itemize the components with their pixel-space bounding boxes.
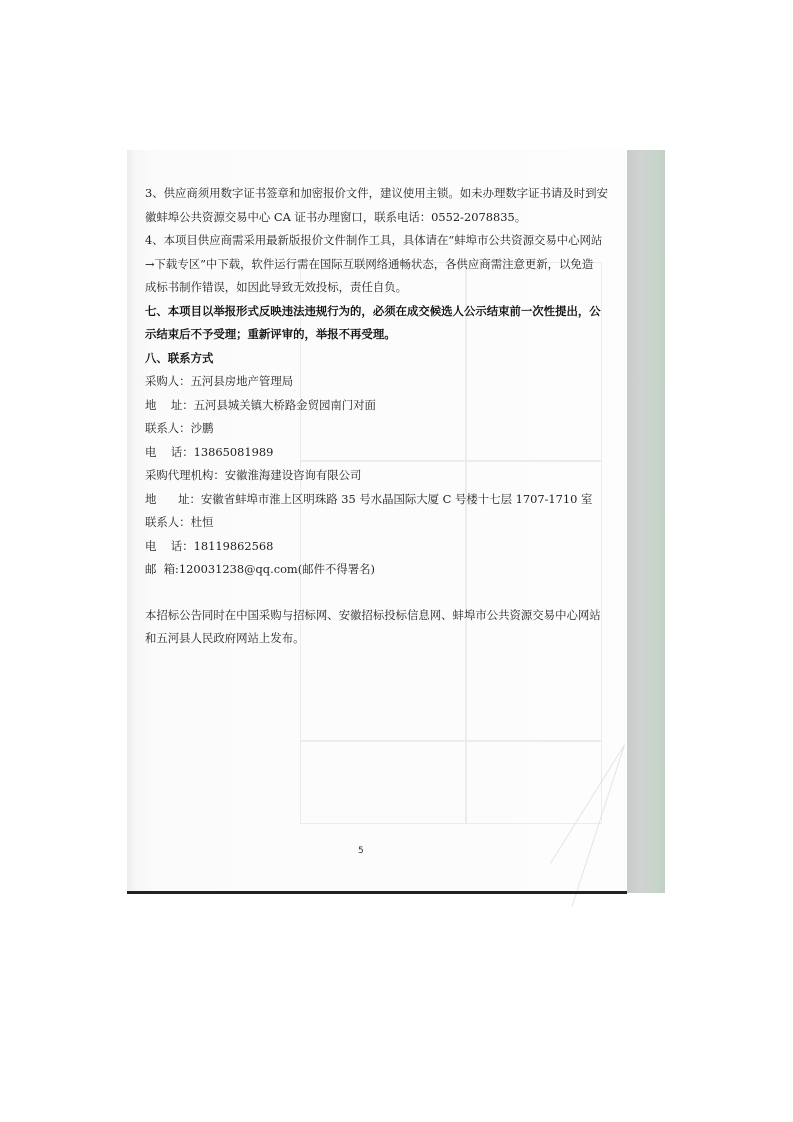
item4-line1: 4、本项目供应商需采用最新版报价文件制作工具，具体请在“蚌埠市公共资源交易中心网… — [145, 229, 605, 253]
agency-email-label: 邮 箱: — [145, 562, 179, 576]
agency-contact-row: 联系人：杜恒 — [145, 511, 605, 535]
page-number: 5 — [358, 846, 364, 856]
purchaser-name-label: 采购人： — [145, 374, 191, 388]
purchaser-name-row: 采购人：五河县房地产管理局 — [145, 370, 605, 394]
agency-name: 安徽淮海建设咨询有限公司 — [225, 468, 362, 482]
spacer — [145, 582, 605, 604]
section7-line1: 七、本项目以举报形式反映违法违规行为的，必须在成交候选人公示结束前一次性提出，公 — [145, 300, 605, 324]
section8-heading: 八、联系方式 — [145, 347, 605, 371]
agency-address: 安徽省蚌埠市淮上区明珠路 35 号水晶国际大厦 C 号楼十七层 1707-171… — [201, 492, 593, 506]
purchaser-contact-row: 联系人：沙鹏 — [145, 417, 605, 441]
agency-address-label: 地 址： — [145, 492, 201, 506]
agency-name-row: 采购代理机构：安徽淮海建设咨询有限公司 — [145, 464, 605, 488]
agency-phone-row: 电 话：18119862568 — [145, 535, 605, 559]
purchaser-phone: 13865081989 — [194, 445, 274, 459]
agency-contact: 杜恒 — [191, 515, 214, 529]
purchaser-address-row: 地 址：五河县城关镇大桥路金贸园南门对面 — [145, 394, 605, 418]
agency-phone-label: 电 话： — [145, 539, 194, 553]
scanner-edge-strip — [627, 150, 665, 893]
item4-line3: 成标书制作错误，如因此导致无效投标，责任自负。 — [145, 276, 605, 300]
purchaser-address-label: 地 址： — [145, 398, 194, 412]
agency-name-label: 采购代理机构： — [145, 468, 225, 482]
agency-address-row: 地 址：安徽省蚌埠市淮上区明珠路 35 号水晶国际大厦 C 号楼十七层 1707… — [145, 488, 605, 512]
publication-notice-line2: 和五河县人民政府网站上发布。 — [145, 627, 605, 651]
scan-bottom-edge — [127, 891, 627, 894]
agency-contact-label: 联系人： — [145, 515, 191, 529]
agency-email: 120031238@qq.com(邮件不得署名) — [179, 562, 375, 576]
purchaser-contact: 沙鹏 — [191, 421, 214, 435]
item4-line2: →下载专区”中下载，软件运行需在国际互联网络通畅状态，各供应商需注意更新，以免造 — [145, 253, 605, 277]
bleed-through-table-row — [300, 740, 602, 742]
page-body: 3、供应商须用数字证书签章和加密报价文件，建议使用主锁。如未办理数字证书请及时到… — [145, 182, 605, 651]
purchaser-phone-label: 电 话： — [145, 445, 194, 459]
purchaser-contact-label: 联系人： — [145, 421, 191, 435]
item3-line1: 3、供应商须用数字证书签章和加密报价文件，建议使用主锁。如未办理数字证书请及时到… — [145, 182, 605, 206]
section7-line2: 示结束后不予受理；重新评审的，举报不再受理。 — [145, 323, 605, 347]
agency-phone: 18119862568 — [194, 539, 274, 553]
purchaser-phone-row: 电 话：13865081989 — [145, 441, 605, 465]
purchaser-name: 五河县房地产管理局 — [191, 374, 294, 388]
purchaser-address: 五河县城关镇大桥路金贸园南门对面 — [194, 398, 376, 412]
publication-notice-line1: 本招标公告同时在中国采购与招标网、安徽招标投标信息网、蚌埠市公共资源交易中心网站 — [145, 604, 605, 628]
item3-line2: 徽蚌埠公共资源交易中心 CA 证书办理窗口，联系电话：0552-2078835。 — [145, 206, 605, 230]
agency-email-row: 邮 箱:120031238@qq.com(邮件不得署名) — [145, 558, 605, 582]
